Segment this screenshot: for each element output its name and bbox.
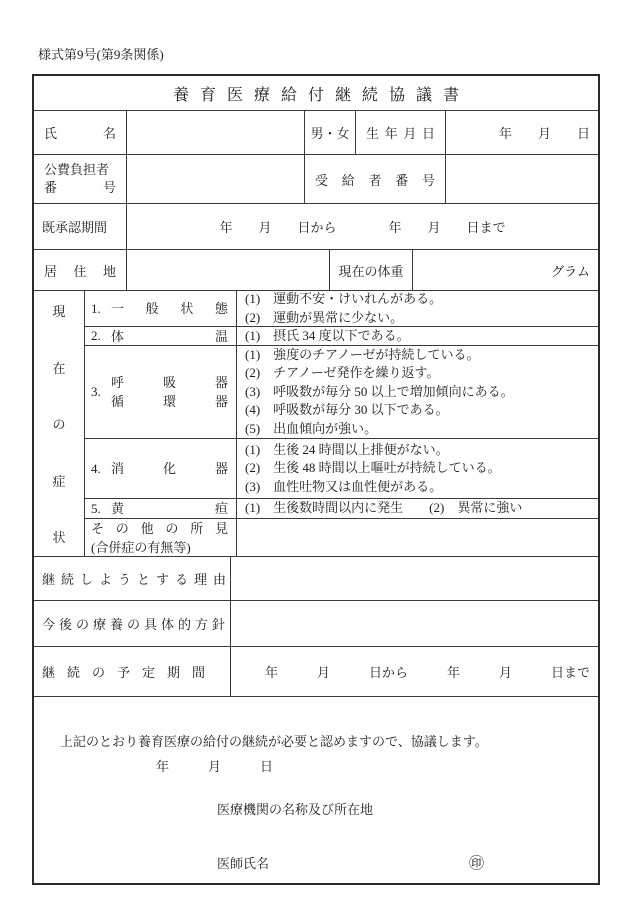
policy-label: 今後の療養の具体的方針 [34,601,230,646]
planned-period-row: 継続の予定期間 年 月 日から 年 月 日まで [34,646,598,696]
symptom-items-temperature[interactable]: (1) 摂氏 34 度以下である。 [236,327,598,345]
sex-options[interactable]: 男・女 [304,111,355,154]
symptom-items-digestive[interactable]: (1) 生後 24 時間以上排便がない。 (2) 生後 48 時間以上嘔吐が持続… [236,439,598,498]
symptom-category-temperature: 2. 体温 [85,327,236,345]
seal-stamp-icon: ㊞ [469,852,484,873]
institution-label: 医療機関の名称及び所在地 [217,799,598,818]
planned-period-label: 継続の予定期間 [34,647,230,696]
payer-number-label: 公費負担者 番号 [34,155,126,203]
other-findings-input-cell[interactable] [236,519,598,556]
birthdate-label: 生年月日 [366,123,435,142]
symptom-row-jaundice: 5. 黄疸 (1) 生後数時間以内に発生 (2) 異常に強い [85,498,598,518]
symptom-row-temperature: 2. 体温 (1) 摂氏 34 度以下である。 [85,326,598,345]
symptom-row-general: 1. 一般状態 (1) 運動不安・けいれんがある。 (2) 運動が異常に少ない。 [85,291,598,326]
payer-number-input-cell[interactable] [126,155,304,203]
policy-input-cell[interactable] [230,601,598,646]
reason-label: 継続しようとする理由 [34,557,230,600]
residence-input-cell[interactable] [126,250,329,290]
doctor-name-label: 医師氏名 [217,853,269,872]
doctor-line: 医師氏名 ㊞ [217,852,598,873]
payer-label-line1: 公費負担者 [44,161,116,179]
weight-label: 現在の体重 [329,250,412,290]
symptom-items-general[interactable]: (1) 運動不安・けいれんがある。 (2) 運動が異常に少ない。 [236,291,598,326]
symptom-category-general: 1. 一般状態 [85,291,236,326]
symptom-category-other-findings: その他の所見 (合併症の有無等) [85,519,236,556]
footer-block: 上記のとおり養育医療の給付の継続が必要と認めますので、協議します。 年 月 日 … [34,696,598,883]
planned-period-input-cell[interactable]: 年 月 日から 年 月 日まで [230,647,598,696]
symptom-row-other-findings: その他の所見 (合併症の有無等) [85,518,598,556]
symptoms-section: 現 在 の 症 状 1. 一般状態 (1) 運動不安・けいれんがある。 (2) … [34,290,598,556]
residence-row: 居住地 現在の体重 グラム [34,249,598,290]
symptom-items-jaundice[interactable]: (1) 生後数時間以内に発生 (2) 異常に強い [236,499,598,518]
form-table: 養育医療給付継続協議書 氏名 男・女 生年月日 年 月 日 公費負担者 番号 受… [32,74,600,885]
symptom-items-respiratory[interactable]: (1) 強度のチアノーゼが持続している。 (2) チアノーゼ発作を繰り返す。 (… [236,346,598,438]
symptom-category-digestive: 4. 消化器 [85,439,236,498]
approved-period-row: 既承認期間 年 月 日から 年 月 日まで [34,203,598,249]
footer-date-input[interactable]: 年 月 日 [156,756,598,775]
name-label: 氏名 [44,123,116,142]
approved-period-label: 既承認期間 [34,204,126,249]
policy-row: 今後の療養の具体的方針 [34,600,598,646]
symptom-category-jaundice: 5. 黄疸 [85,499,236,518]
payer-label-line2: 番号 [44,179,116,197]
payer-row: 公費負担者 番号 受給者番号 [34,154,598,203]
symptoms-side-label: 現 在 の 症 状 [34,291,84,556]
page-title: 養育医療給付継続協議書 [162,82,470,105]
reason-row: 継続しようとする理由 [34,556,598,600]
reason-input-cell[interactable] [230,557,598,600]
form-number: 様式第9号(第9条関係) [38,44,600,63]
symptom-row-digestive: 4. 消化器 (1) 生後 24 時間以上排便がない。 (2) 生後 48 時間… [85,438,598,498]
weight-input-cell[interactable]: グラム [412,250,598,290]
name-input-cell[interactable] [126,111,304,154]
name-row: 氏名 男・女 生年月日 年 月 日 [34,110,598,154]
approved-period-input-cell[interactable]: 年 月 日から 年 月 日まで [126,204,598,249]
symptom-row-respiratory: 3. 呼吸器 循環器 (1) 強度のチアノーゼが持続している。 (2) チアノー… [85,345,598,438]
symptom-category-respiratory: 3. 呼吸器 循環器 [85,346,236,438]
recipient-number-input-cell[interactable] [445,155,598,203]
birthdate-input-cell[interactable]: 年 月 日 [445,111,598,154]
title-row: 養育医療給付継続協議書 [34,76,598,110]
residence-label: 居住地 [44,261,116,280]
footer-statement: 上記のとおり養育医療の給付の継続が必要と認めますので、協議します。 [60,731,598,750]
recipient-number-label: 受給者番号 [315,170,435,189]
form-page: 様式第9号(第9条関係) 養育医療給付継続協議書 氏名 男・女 生年月日 年 月… [32,44,600,885]
